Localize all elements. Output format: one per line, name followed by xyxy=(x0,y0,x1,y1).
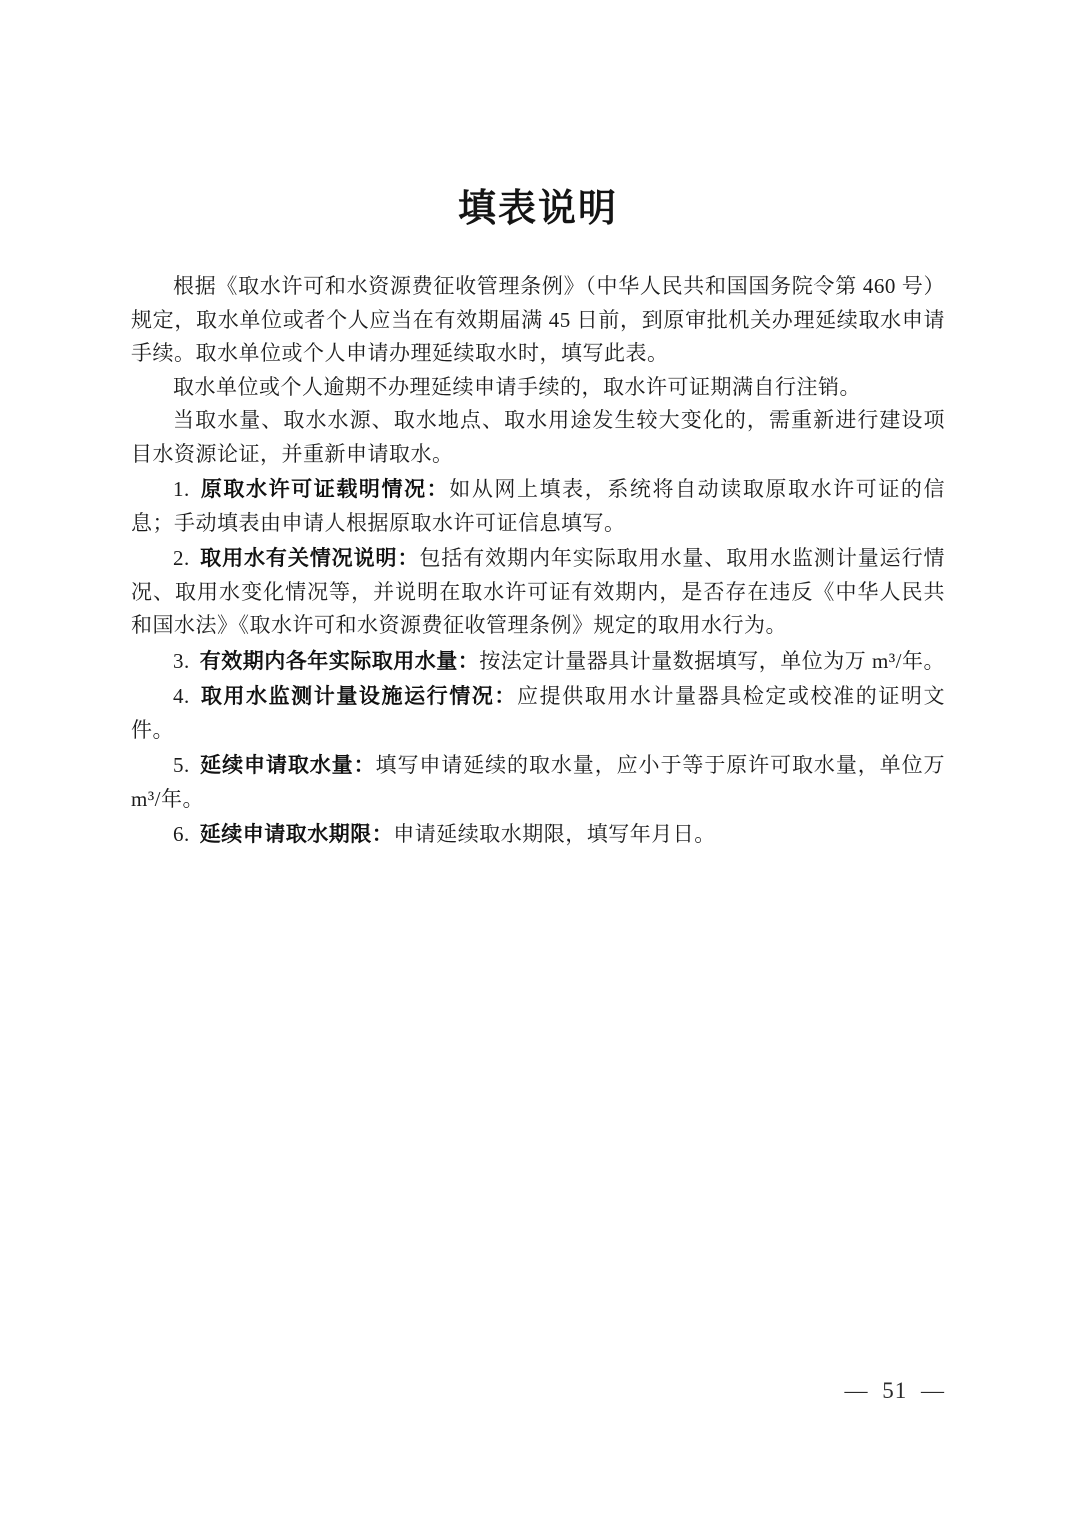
item-label: 延续申请取水期限： xyxy=(200,823,394,846)
paragraph: 当取水量、取水水源、取水地点、取水用途发生较大变化的，需重新进行建设项目水资源论… xyxy=(131,404,945,471)
item-number: 1. xyxy=(173,477,190,501)
paragraph: 根据《取水许可和水资源费征收管理条例》（中华人民共和国国务院令第 460 号）规… xyxy=(131,270,945,371)
item-label: 有效期内各年实际取用水量： xyxy=(200,650,480,673)
instruction-list: 1.原取水许可证载明情况：如从网上填表，系统将自动读取原取水许可证的信息；手动填… xyxy=(131,473,945,852)
item-number: 5. xyxy=(173,753,190,777)
instruction-item: 4.取用水监测计量设施运行情况：应提供取用水计量器具检定或校准的证明文件。 xyxy=(131,680,945,747)
item-number: 3. xyxy=(173,649,190,673)
item-label: 取用水监测计量设施运行情况： xyxy=(200,685,517,708)
instruction-item: 2.取用水有关情况说明：包括有效期内年实际取用水量、取用水监测计量运行情况、取用… xyxy=(131,542,945,643)
item-label: 延续申请取水量： xyxy=(200,754,376,777)
intro-paragraphs: 根据《取水许可和水资源费征收管理条例》（中华人民共和国国务院令第 460 号）规… xyxy=(131,270,945,471)
item-number: 4. xyxy=(173,684,190,708)
instruction-item: 5.延续申请取水量：填写申请延续的取水量，应小于等于原许可取水量，单位万m³/年… xyxy=(131,749,945,816)
item-label: 原取水许可证载明情况： xyxy=(200,478,450,501)
paragraph: 取水单位或个人逾期不办理延续申请手续的，取水许可证期满自行注销。 xyxy=(131,371,945,405)
document-content: 填表说明 根据《取水许可和水资源费征收管理条例》（中华人民共和国国务院令第 46… xyxy=(131,186,945,852)
page-title: 填表说明 xyxy=(131,186,945,232)
instruction-item: 3.有效期内各年实际取用水量：按法定计量器具计量数据填写，单位为万 m³/年。 xyxy=(131,645,945,679)
page-number: — 51 — xyxy=(845,1378,946,1404)
item-text: 申请延续取水期限，填写年月日。 xyxy=(393,822,716,846)
instruction-item: 1.原取水许可证载明情况：如从网上填表，系统将自动读取原取水许可证的信息；手动填… xyxy=(131,473,945,540)
document-page: 填表说明 根据《取水许可和水资源费征收管理条例》（中华人民共和国国务院令第 46… xyxy=(0,0,1074,1520)
item-label: 取用水有关情况说明： xyxy=(200,547,420,570)
item-number: 2. xyxy=(173,546,190,570)
item-text: 按法定计量器具计量数据填写，单位为万 m³/年。 xyxy=(479,649,945,673)
instruction-item: 6.延续申请取水期限：申请延续取水期限，填写年月日。 xyxy=(131,818,945,852)
item-number: 6. xyxy=(173,822,190,846)
